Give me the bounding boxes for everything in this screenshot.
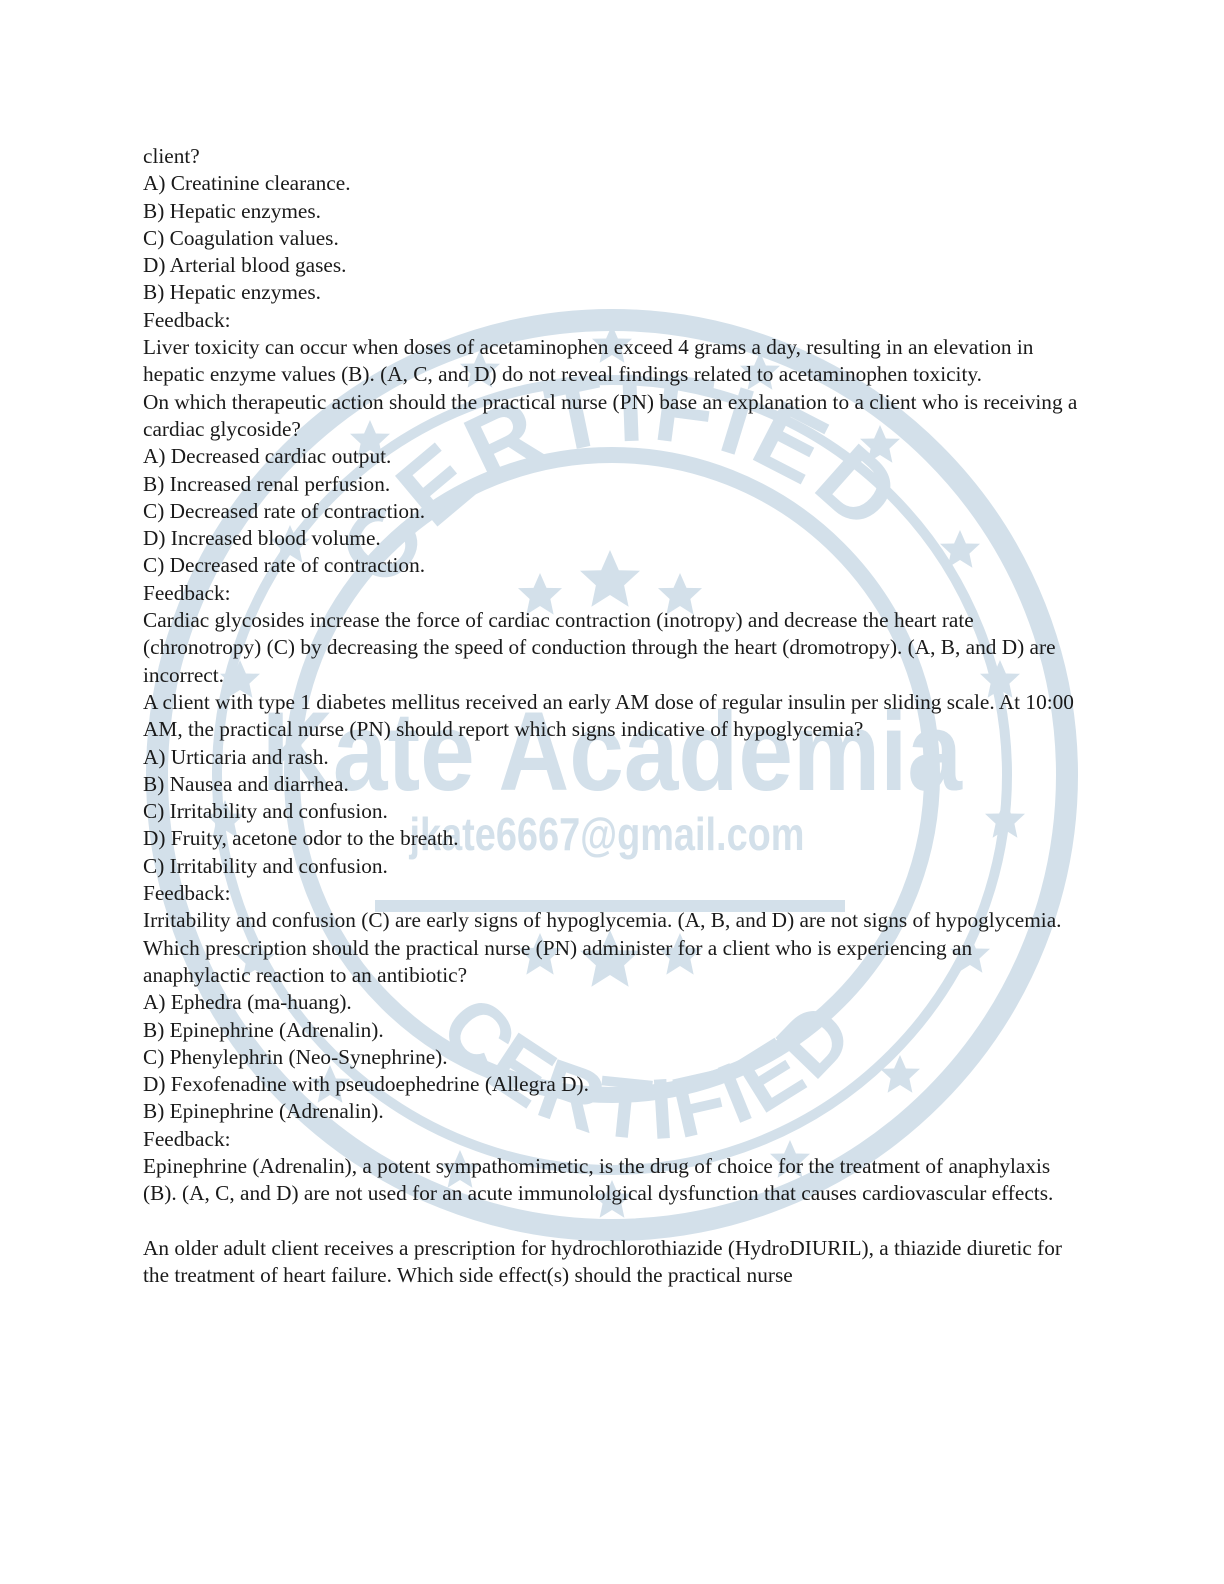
answer-option-b: B) Epinephrine (Adrenalin). [143,1017,1083,1044]
answer-option-a: A) Decreased cardiac output. [143,443,1083,470]
question-stem: Which prescription should the practical … [143,935,1083,990]
feedback-label: Feedback: [143,1126,1083,1153]
answer-option-c: C) Decreased rate of contraction. [143,498,1083,525]
answer-option-b: B) Nausea and diarrhea. [143,771,1083,798]
blank-line [143,1208,1083,1235]
question-block-4: Which prescription should the practical … [143,935,1083,1208]
correct-answer: C) Decreased rate of contraction. [143,552,1083,579]
answer-option-b: B) Increased renal perfusion. [143,471,1083,498]
answer-option-d: D) Fexofenadine with pseudoephedrine (Al… [143,1071,1083,1098]
answer-option-d: D) Fruity, acetone odor to the breath. [143,825,1083,852]
feedback-text: Irritability and confusion (C) are early… [143,907,1083,934]
answer-option-a: A) Urticaria and rash. [143,744,1083,771]
feedback-text: Epinephrine (Adrenalin), a potent sympat… [143,1153,1083,1208]
answer-option-d: D) Increased blood volume. [143,525,1083,552]
feedback-label: Feedback: [143,580,1083,607]
answer-option-d: D) Arterial blood gases. [143,252,1083,279]
answer-option-c: C) Phenylephrin (Neo-Synephrine). [143,1044,1083,1071]
question-stem: A client with type 1 diabetes mellitus r… [143,689,1083,744]
feedback-label: Feedback: [143,880,1083,907]
question-stem: On which therapeutic action should the p… [143,389,1083,444]
answer-option-a: A) Creatinine clearance. [143,170,1083,197]
correct-answer: C) Irritability and confusion. [143,853,1083,880]
question-block-3: A client with type 1 diabetes mellitus r… [143,689,1083,935]
answer-option-a: A) Ephedra (ma-huang). [143,989,1083,1016]
correct-answer: B) Epinephrine (Adrenalin). [143,1098,1083,1125]
question-stem: An older adult client receives a prescri… [143,1235,1083,1290]
answer-option-c: C) Irritability and confusion. [143,798,1083,825]
document-page: CERTIFIED CERTIFIED Kate Academia jkate6… [0,0,1224,1584]
feedback-label: Feedback: [143,307,1083,334]
question-block-1: client? A) Creatinine clearance. B) Hepa… [143,143,1083,389]
question-block-2: On which therapeutic action should the p… [143,389,1083,689]
answer-option-b: B) Hepatic enzymes. [143,198,1083,225]
feedback-text: Cardiac glycosides increase the force of… [143,607,1083,689]
document-body: client? A) Creatinine clearance. B) Hepa… [143,143,1083,1289]
question-block-5: An older adult client receives a prescri… [143,1235,1083,1290]
feedback-text: Liver toxicity can occur when doses of a… [143,334,1083,389]
question-stem: client? [143,143,1083,170]
answer-option-c: C) Coagulation values. [143,225,1083,252]
correct-answer: B) Hepatic enzymes. [143,279,1083,306]
